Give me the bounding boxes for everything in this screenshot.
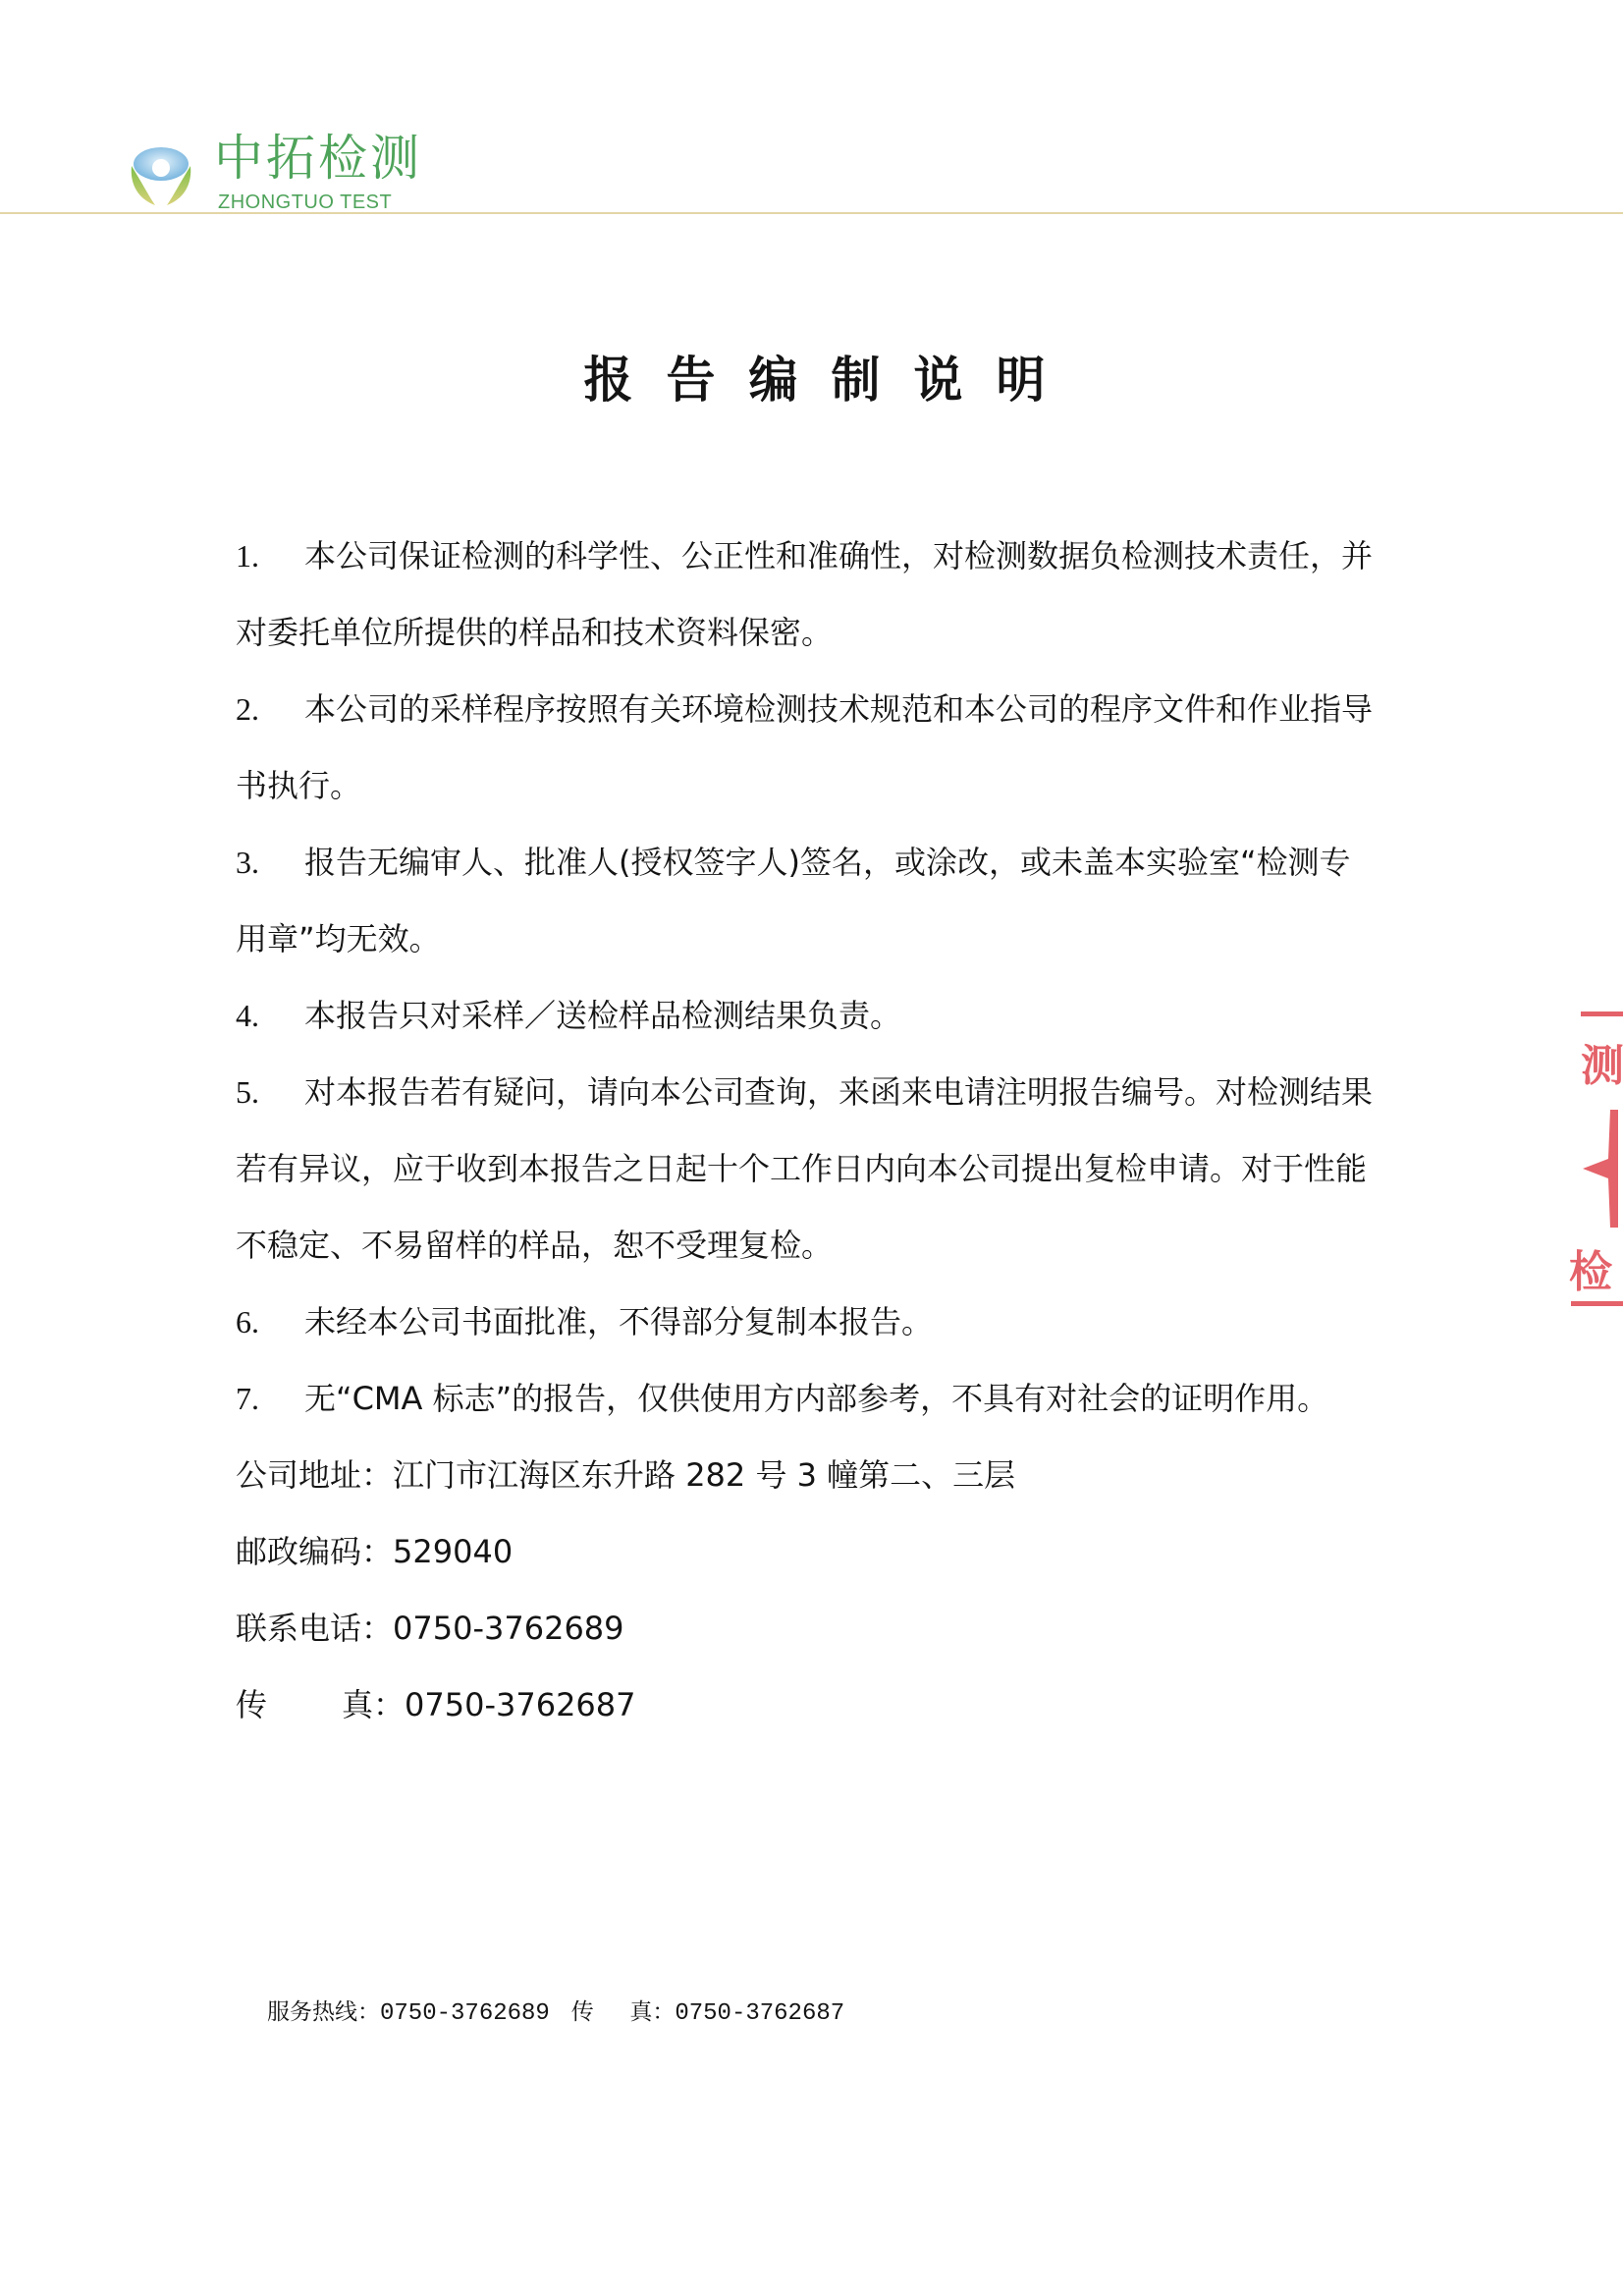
- official-seal-stamp-icon: 测 检: [1561, 1002, 1623, 1326]
- page-title: 报告编制说明: [0, 355, 1623, 405]
- clause-6: 6.未经本公司书面批准，不得部分复制本报告。: [236, 1284, 1375, 1360]
- clause-4: 4.本报告只对采样／送检样品检测结果负责。: [236, 977, 1375, 1054]
- clause-text: 本公司的采样程序按照有关环境检测技术规范和本公司的程序文件和作业指导书执行。: [236, 690, 1373, 804]
- svg-text:测: 测: [1581, 1041, 1623, 1091]
- clause-5: 5.对本报告若有疑问，请向本公司查询，来函来电请注明报告编号。对检测结果若有异议…: [236, 1054, 1375, 1284]
- letterhead: 中拓检测 ZHONGTUO TEST: [0, 0, 1623, 216]
- clause-number: 5.: [236, 1054, 304, 1130]
- phone-label: 联系电话：: [236, 1590, 393, 1667]
- clause-number: 4.: [236, 977, 304, 1054]
- header-divider: [0, 212, 1623, 214]
- hotline-value: 0750-3762689: [380, 2000, 550, 2027]
- fax-label: 传真：: [236, 1667, 405, 1743]
- footer-fax-label-2: 真：: [629, 1999, 675, 2025]
- company-address: 公司地址：江门市江海区东升路 282 号 3 幢第二、三层: [236, 1437, 1375, 1513]
- clause-number: 1.: [236, 518, 304, 594]
- contact-phone: 联系电话：0750-3762689: [236, 1590, 1375, 1667]
- clause-1: 1.本公司保证检测的科学性、公正性和准确性，对检测数据负检测技术责任，并对委托单…: [236, 518, 1375, 671]
- phone-value: 0750-3762689: [393, 1610, 624, 1647]
- company-name-en: ZHONGTUO TEST: [218, 192, 392, 212]
- clause-number: 7.: [236, 1360, 304, 1437]
- postcode-value: 529040: [393, 1533, 513, 1570]
- address-label: 公司地址：: [236, 1437, 393, 1513]
- contact-fax: 传真：0750-3762687: [236, 1667, 1375, 1743]
- document-body: 1.本公司保证检测的科学性、公正性和准确性，对检测数据负检测技术责任，并对委托单…: [236, 518, 1375, 1743]
- clause-text: 未经本公司书面批准，不得部分复制本报告。: [304, 1303, 933, 1340]
- clause-7: 7.无“CMA 标志”的报告，仅供使用方内部参考，不具有对社会的证明作用。: [236, 1360, 1375, 1437]
- clause-number: 2.: [236, 671, 304, 747]
- hotline-label: 服务热线：: [267, 1999, 380, 2025]
- clause-text: 对本报告若有疑问，请向本公司查询，来函来电请注明报告编号。对检测结果若有异议，应…: [236, 1073, 1373, 1264]
- postcode-label: 邮政编码：: [236, 1513, 393, 1590]
- address-value: 江门市江海区东升路 282 号 3 幢第二、三层: [393, 1456, 1015, 1494]
- postal-code: 邮政编码：529040: [236, 1513, 1375, 1590]
- footer-fax-label-1: 传: [571, 1999, 594, 2025]
- footer-fax-value: 0750-3762687: [675, 2000, 844, 2027]
- company-name-cn: 中拓检测: [214, 134, 422, 183]
- clause-text: 报告无编审人、批准人(授权签字人)签名，或涂改，或未盖本实验室“检测专用章”均无…: [236, 844, 1351, 957]
- clause-number: 6.: [236, 1284, 304, 1360]
- fax-value: 0750-3762687: [405, 1686, 636, 1723]
- clause-text: 本报告只对采样／送检样品检测结果负责。: [304, 997, 901, 1034]
- clause-text: 本公司保证检测的科学性、公正性和准确性，对检测数据负检测技术责任，并对委托单位所…: [236, 537, 1373, 651]
- page-footer: 服务热线：0750-3762689 传 真：0750-3762687: [267, 2001, 844, 2026]
- clause-text: 无“CMA 标志”的报告，仅供使用方内部参考，不具有对社会的证明作用。: [304, 1380, 1328, 1417]
- svg-text:检: 检: [1569, 1247, 1612, 1297]
- clause-number: 3.: [236, 824, 304, 901]
- clause-2: 2.本公司的采样程序按照有关环境检测技术规范和本公司的程序文件和作业指导书执行。: [236, 671, 1375, 824]
- company-logo-icon: [126, 142, 196, 211]
- clause-3: 3.报告无编审人、批准人(授权签字人)签名，或涂改，或未盖本实验室“检测专用章”…: [236, 824, 1375, 977]
